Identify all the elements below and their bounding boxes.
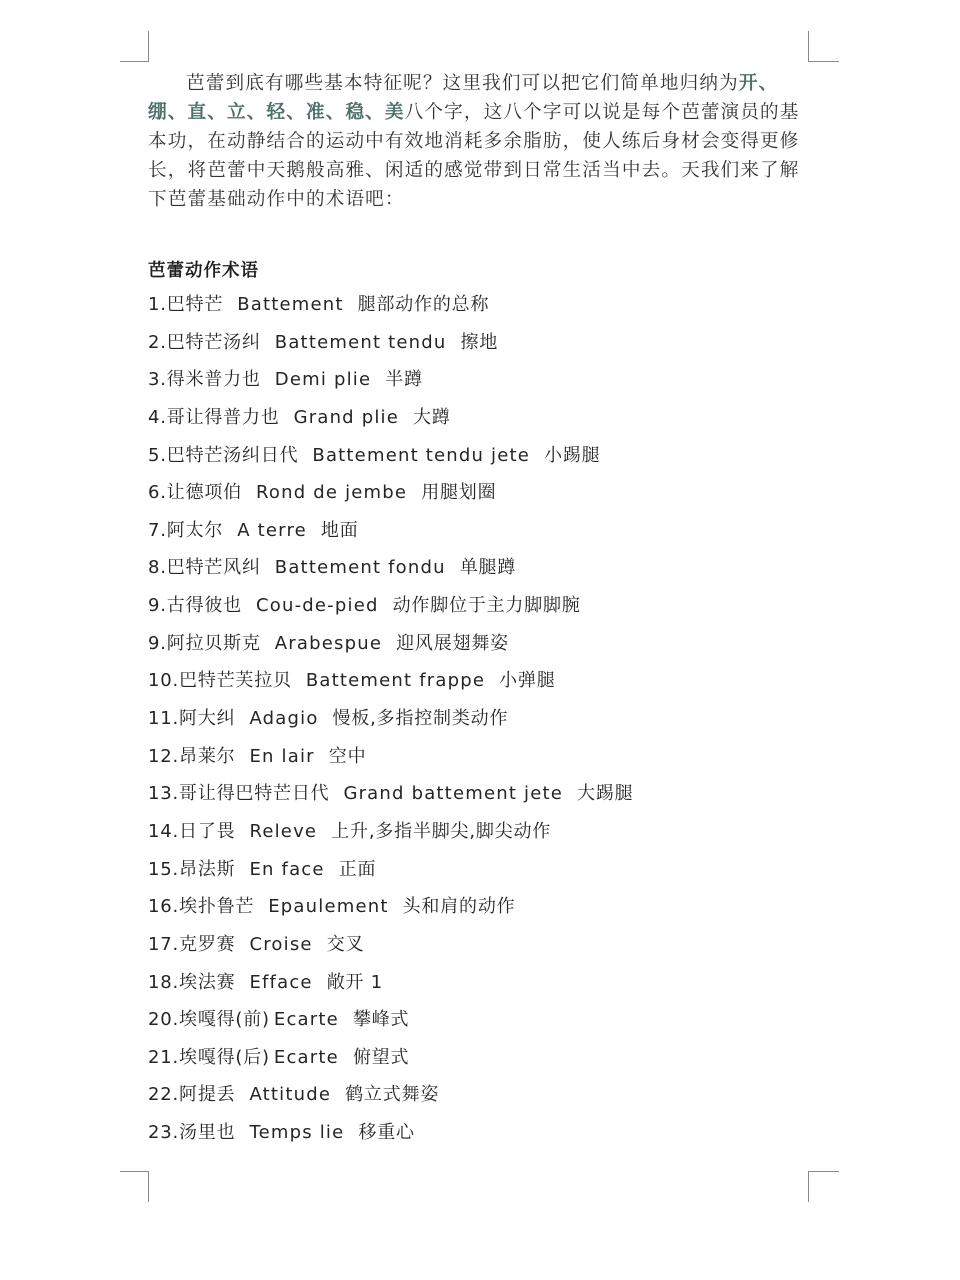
term-number: 11. bbox=[148, 708, 179, 729]
term-meaning: 小弹腿 bbox=[499, 670, 555, 691]
term-number: 5. bbox=[148, 445, 167, 466]
term-number: 4. bbox=[148, 407, 167, 428]
term-chinese: 日了畏 bbox=[179, 821, 235, 842]
term-number: 22. bbox=[148, 1084, 179, 1105]
term-number: 1. bbox=[148, 294, 167, 315]
term-chinese: 得米普力也 bbox=[167, 369, 261, 390]
intro-paragraph: 芭蕾到底有哪些基本特征呢？这里我们可以把它们简单地归纳为开、绷、直、立、轻、准、… bbox=[148, 69, 808, 214]
term-meaning: 动作脚位于主力脚脚腕 bbox=[393, 595, 581, 616]
term-meaning: 正面 bbox=[339, 859, 377, 880]
term-meaning: 用腿划圈 bbox=[421, 482, 496, 503]
term-item: 20.埃嘎得(前)Ecarte攀峰式 bbox=[148, 1006, 633, 1044]
intro-text: 芭蕾到底有哪些基本特征呢？这里我们可以把它们简单地归纳为 bbox=[186, 73, 739, 94]
term-chinese: 埃扑鲁芒 bbox=[179, 896, 254, 917]
term-french: Attitude bbox=[249, 1084, 331, 1105]
term-french: Rond de jembe bbox=[256, 482, 407, 503]
ballet-terms-list: 1.巴特芒Battement腿部动作的总称 2.巴特芒汤纠Battement t… bbox=[148, 291, 633, 1157]
term-meaning: 移重心 bbox=[358, 1122, 414, 1143]
term-chinese: 巴特芒汤纠 bbox=[167, 332, 261, 353]
term-number: 23. bbox=[148, 1122, 179, 1143]
term-number: 20. bbox=[148, 1009, 179, 1030]
term-meaning: 交叉 bbox=[327, 934, 365, 955]
term-item: 4.哥让得普力也Grand plie大蹲 bbox=[148, 404, 633, 442]
term-french: Battement bbox=[237, 294, 343, 315]
term-item: 6.让德项伯Rond de jembe用腿划圈 bbox=[148, 479, 633, 517]
term-french: Grand battement jete bbox=[343, 783, 563, 804]
term-french: Cou-de-pied bbox=[256, 595, 379, 616]
term-number: 3. bbox=[148, 369, 167, 390]
term-chinese: 埃法赛 bbox=[179, 972, 235, 993]
term-french: En lair bbox=[249, 746, 314, 767]
term-number: 18. bbox=[148, 972, 179, 993]
term-chinese: 埃嘎得(前) bbox=[179, 1009, 270, 1030]
term-meaning: 上升,多指半脚尖,脚尖动作 bbox=[331, 821, 551, 842]
term-chinese: 昂法斯 bbox=[179, 859, 235, 880]
term-number: 13. bbox=[148, 783, 179, 804]
term-item: 5.巴特芒汤纠日代Battement tendu jete小踢腿 bbox=[148, 442, 633, 480]
term-french: A terre bbox=[237, 520, 307, 541]
term-number: 2. bbox=[148, 332, 167, 353]
term-chinese: 昂莱尔 bbox=[179, 746, 235, 767]
term-french: Croise bbox=[249, 934, 312, 955]
term-number: 14. bbox=[148, 821, 179, 842]
term-meaning: 迎风展翅舞姿 bbox=[396, 633, 509, 654]
term-number: 9. bbox=[148, 633, 167, 654]
term-chinese: 巴特芒 bbox=[167, 294, 223, 315]
term-number: 12. bbox=[148, 746, 179, 767]
term-item: 15.昂法斯En face正面 bbox=[148, 856, 633, 894]
page-corner-mark-top-left bbox=[120, 31, 149, 62]
term-item: 13.哥让得巴特芒日代Grand battement jete大踢腿 bbox=[148, 780, 633, 818]
term-french: Ecarte bbox=[274, 1009, 339, 1030]
term-number: 17. bbox=[148, 934, 179, 955]
term-french: Battement tendu jete bbox=[312, 445, 530, 466]
term-chinese: 阿提丢 bbox=[179, 1084, 235, 1105]
term-chinese: 埃嘎得(后) bbox=[179, 1047, 270, 1068]
term-item: 11.阿大纠Adagio慢板,多指控制类动作 bbox=[148, 705, 633, 743]
term-number: 9. bbox=[148, 595, 167, 616]
term-chinese: 汤里也 bbox=[179, 1122, 235, 1143]
term-chinese: 巴特芒芙拉贝 bbox=[179, 670, 292, 691]
term-chinese: 哥让得普力也 bbox=[167, 407, 280, 428]
term-meaning: 小踢腿 bbox=[544, 445, 600, 466]
term-item: 14.日了畏Releve上升,多指半脚尖,脚尖动作 bbox=[148, 818, 633, 856]
term-number: 8. bbox=[148, 557, 167, 578]
term-chinese: 哥让得巴特芒日代 bbox=[179, 783, 329, 804]
term-meaning: 鹤立式舞姿 bbox=[345, 1084, 439, 1105]
term-item: 16.埃扑鲁芒Epaulement头和肩的动作 bbox=[148, 893, 633, 931]
term-meaning: 擦地 bbox=[461, 332, 499, 353]
term-meaning: 大蹲 bbox=[413, 407, 451, 428]
term-item: 10.巴特芒芙拉贝Battement frappe小弹腿 bbox=[148, 667, 633, 705]
term-french: Adagio bbox=[249, 708, 318, 729]
term-french: Arabespue bbox=[275, 633, 382, 654]
term-chinese: 让德项伯 bbox=[167, 482, 242, 503]
term-french: En face bbox=[249, 859, 324, 880]
term-chinese: 巴特芒风纠 bbox=[167, 557, 261, 578]
term-meaning: 慢板,多指控制类动作 bbox=[333, 708, 509, 729]
section-title: 芭蕾动作术语 bbox=[148, 257, 259, 282]
term-french: Temps lie bbox=[249, 1122, 344, 1143]
term-french: Battement fondu bbox=[275, 557, 446, 578]
term-french: Grand plie bbox=[294, 407, 399, 428]
term-number: 21. bbox=[148, 1047, 179, 1068]
term-french: Demi plie bbox=[275, 369, 372, 390]
term-meaning: 单腿蹲 bbox=[460, 557, 516, 578]
term-item: 21.埃嘎得(后)Ecarte俯望式 bbox=[148, 1044, 633, 1082]
term-number: 7. bbox=[148, 520, 167, 541]
term-number: 6. bbox=[148, 482, 167, 503]
term-number: 16. bbox=[148, 896, 179, 917]
term-meaning: 空中 bbox=[329, 746, 367, 767]
term-french: Efface bbox=[249, 972, 312, 993]
term-chinese: 阿拉贝斯克 bbox=[167, 633, 261, 654]
term-meaning: 头和肩的动作 bbox=[403, 896, 516, 917]
term-meaning: 地面 bbox=[321, 520, 359, 541]
term-item: 8.巴特芒风纠Battement fondu单腿蹲 bbox=[148, 554, 633, 592]
term-meaning: 敞开 1 bbox=[327, 972, 383, 993]
term-french: Ecarte bbox=[274, 1047, 339, 1068]
term-item: 9.阿拉贝斯克Arabespue迎风展翅舞姿 bbox=[148, 630, 633, 668]
term-chinese: 克罗赛 bbox=[179, 934, 235, 955]
term-item: 23.汤里也Temps lie移重心 bbox=[148, 1119, 633, 1157]
term-meaning: 俯望式 bbox=[353, 1047, 409, 1068]
page-corner-mark-top-right bbox=[808, 31, 839, 62]
term-item: 3.得米普力也Demi plie半蹲 bbox=[148, 366, 633, 404]
term-item: 12.昂莱尔En lair空中 bbox=[148, 743, 633, 781]
term-chinese: 巴特芒汤纠日代 bbox=[167, 445, 299, 466]
term-french: Releve bbox=[249, 821, 317, 842]
term-chinese: 阿太尔 bbox=[167, 520, 223, 541]
term-item: 9.古得彼也Cou-de-pied动作脚位于主力脚脚腕 bbox=[148, 592, 633, 630]
term-number: 10. bbox=[148, 670, 179, 691]
term-meaning: 大踢腿 bbox=[577, 783, 633, 804]
term-meaning: 半蹲 bbox=[385, 369, 423, 390]
term-meaning: 腿部动作的总称 bbox=[358, 294, 490, 315]
term-item: 22.阿提丢Attitude鹤立式舞姿 bbox=[148, 1081, 633, 1119]
term-item: 17.克罗赛Croise交叉 bbox=[148, 931, 633, 969]
page-corner-mark-bottom-left bbox=[120, 1171, 149, 1202]
term-french: Battement frappe bbox=[306, 670, 485, 691]
term-item: 1.巴特芒Battement腿部动作的总称 bbox=[148, 291, 633, 329]
term-chinese: 阿大纠 bbox=[179, 708, 235, 729]
term-french: Epaulement bbox=[268, 896, 388, 917]
term-french: Battement tendu bbox=[275, 332, 447, 353]
page-corner-mark-bottom-right bbox=[808, 1171, 839, 1202]
term-item: 7.阿太尔A terre地面 bbox=[148, 517, 633, 555]
term-item: 2.巴特芒汤纠Battement tendu擦地 bbox=[148, 329, 633, 367]
term-number: 15. bbox=[148, 859, 179, 880]
term-item: 18.埃法赛Efface敞开 1 bbox=[148, 969, 633, 1007]
term-chinese: 古得彼也 bbox=[167, 595, 242, 616]
term-meaning: 攀峰式 bbox=[353, 1009, 409, 1030]
